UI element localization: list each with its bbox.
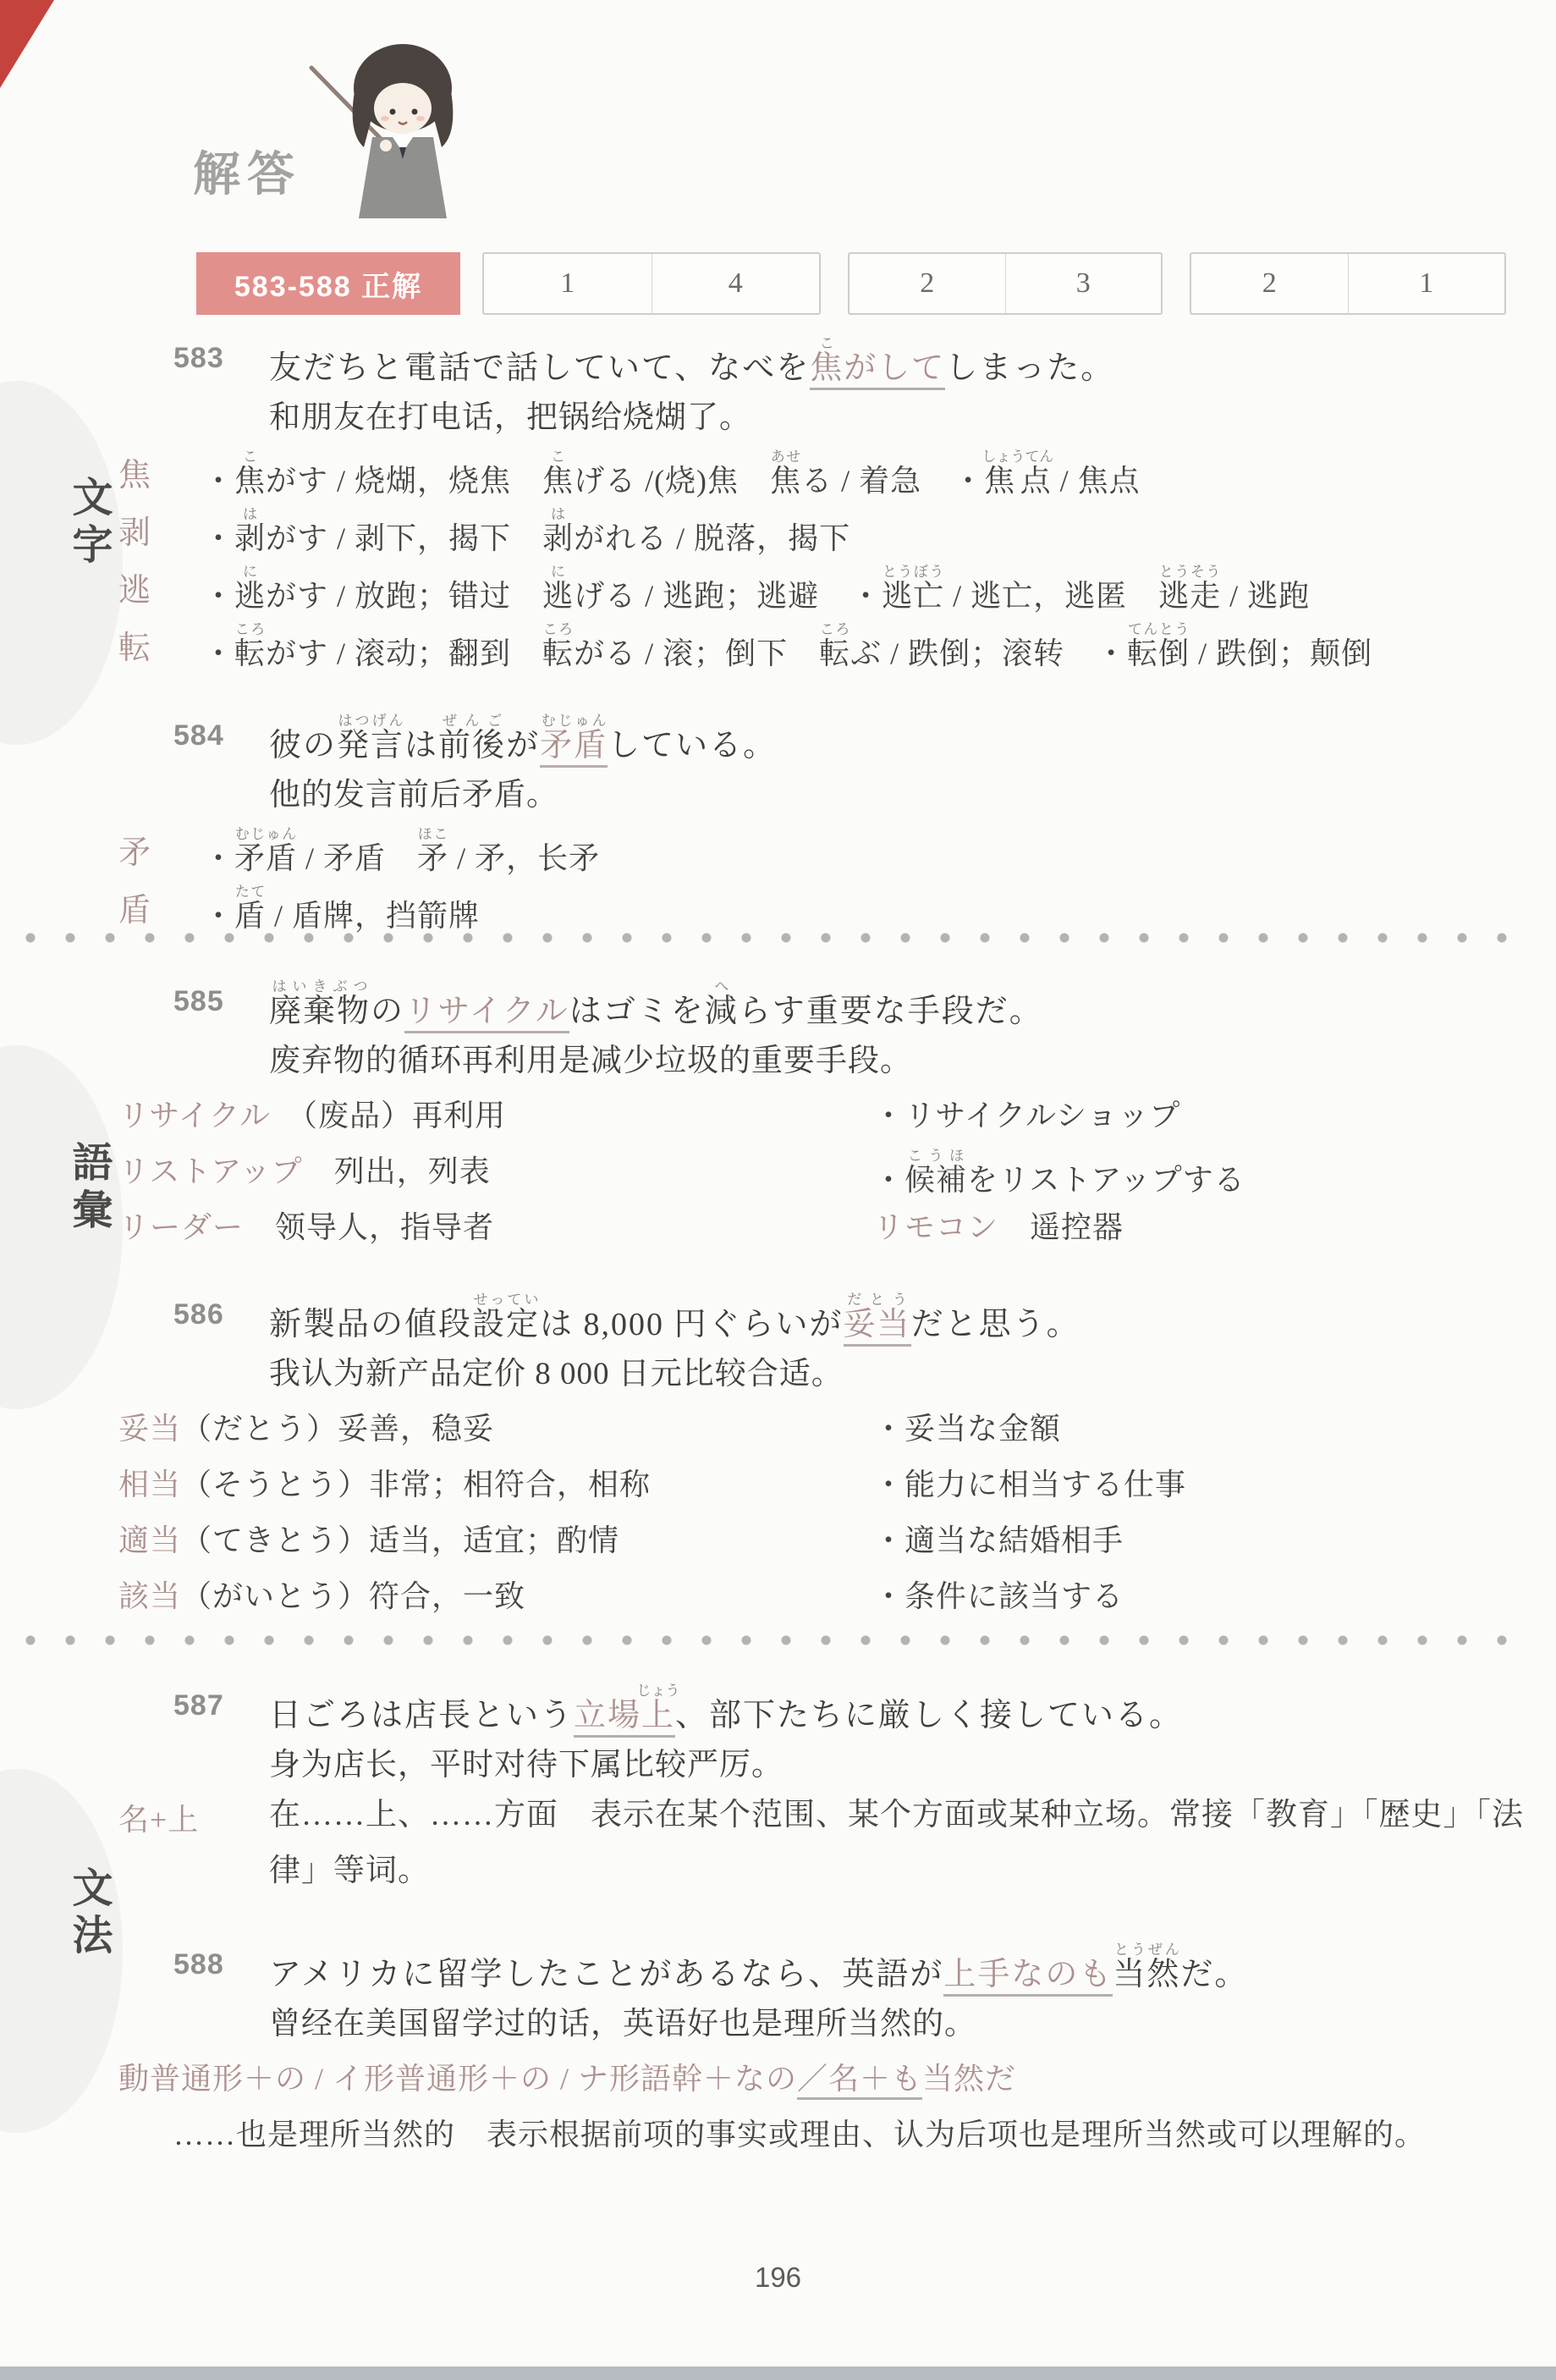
vocab-example: ・リサイクルショップ bbox=[873, 1092, 1180, 1135]
question-number: 583 bbox=[173, 342, 224, 375]
kanji-entry: ・剥はがす / 剥下，揭下 剥はがれる / 脱落，揭下 bbox=[203, 506, 850, 558]
chinese-translation: 我认为新产品定价 8 000 日元比较合适。 bbox=[269, 1347, 844, 1393]
page-corner-mark bbox=[0, 0, 54, 88]
answer-box-group: 1 4 bbox=[482, 252, 821, 315]
sidebar-tab-bunpo: 文法 bbox=[59, 1866, 118, 1961]
dotted-separator bbox=[25, 1635, 1531, 1645]
mascot-girl-illustration bbox=[298, 37, 509, 234]
vocab-item: リーダー 领导人，指导者 bbox=[118, 1204, 494, 1247]
sidebar-tab-goi: 語彙 bbox=[59, 1141, 118, 1236]
question-number: 584 bbox=[173, 719, 224, 752]
chinese-translation: 身为店长，平时对待下属比较严厉。 bbox=[269, 1738, 783, 1784]
vocab-example: ・適当な結婚相手 bbox=[873, 1517, 1124, 1560]
chinese-translation: 曾经在美国留学过的话，英语好也是理所当然的。 bbox=[269, 1997, 976, 2043]
chinese-translation: 废弃物的循环再利用是减少垃圾的重要手段。 bbox=[269, 1034, 912, 1080]
vocab-item: 相当（そうとう）非常；相符合，相称 bbox=[118, 1461, 651, 1504]
question-number: 588 bbox=[173, 1948, 224, 1981]
answer-cell: 2 bbox=[849, 254, 1005, 313]
answer-cell: 1 bbox=[1348, 254, 1505, 313]
answer-box-group: 2 1 bbox=[1190, 252, 1506, 315]
answer-box-group: 2 3 bbox=[848, 252, 1163, 315]
question-sentence: 彼の発言はつげんは前後ぜんごが矛盾むじゅんしている。 bbox=[269, 713, 777, 767]
kanji-head: 矛 bbox=[118, 826, 151, 873]
answer-cell: 3 bbox=[1005, 254, 1162, 313]
kanji-head: 転 bbox=[118, 621, 151, 668]
chinese-translation: 和朋友在打电话，把锅给烧煳了。 bbox=[269, 391, 751, 437]
kanji-head: 焦 bbox=[118, 449, 151, 495]
question-sentence: 日ごろは店長という立場上じょう、部下たちに厳しく接している。 bbox=[269, 1683, 1183, 1737]
vocab-item: 妥当（だとう）妥善，稳妥 bbox=[118, 1405, 494, 1448]
vocab-item: 該当（がいとう）符合，一致 bbox=[118, 1573, 525, 1616]
kanji-entry: ・矛盾むじゅん / 矛盾 矛ほこ / 矛，长矛 bbox=[203, 826, 600, 878]
answer-cell: 2 bbox=[1191, 254, 1348, 313]
answer-range-label: 583-588 正解 bbox=[196, 252, 460, 315]
vocab-item: リモコン 遥控器 bbox=[873, 1204, 1124, 1247]
question-sentence: 廃棄物はいきぶつのリサイクルはゴミを減へらす重要な手段だ。 bbox=[269, 978, 1043, 1033]
grammar-pattern: 動普通形＋の / イ形普通形＋の / ナ形語幹＋なの／名＋も当然だ bbox=[118, 2055, 1016, 2098]
textbook-answer-page: 文字 語彙 文法 解答 583-588 正解 1 4 2 3 bbox=[0, 0, 1556, 2380]
grammar-meaning: ……也是理所当然的 表示根据前项的事实或理由、认为后项也是理所当然或可以理解的。 bbox=[173, 2111, 1426, 2154]
question-number: 586 bbox=[173, 1298, 224, 1331]
answer-cell: 4 bbox=[652, 254, 820, 313]
kanji-head: 剥 bbox=[118, 506, 151, 553]
kanji-entry: ・逃にがす / 放跑；错过 逃にげる / 逃跑；逃避 ・逃亡とうぼう / 逃亡，… bbox=[203, 564, 1310, 615]
vocab-item: 適当（てきとう）适当，适宜；酌情 bbox=[118, 1517, 619, 1560]
vocab-example: ・妥当な金額 bbox=[873, 1405, 1061, 1448]
question-number: 585 bbox=[173, 985, 224, 1018]
question-sentence: 友だちと電話で話していて、なべを焦こがしてしまった。 bbox=[269, 335, 1114, 389]
grammar-head: 名+上 bbox=[118, 1796, 199, 1839]
kanji-head: 盾 bbox=[118, 884, 151, 930]
question-sentence: アメリカに留学したことがあるなら、英語が上手なのも当然とうぜんだ。 bbox=[269, 1942, 1248, 1996]
kanji-head: 逃 bbox=[118, 564, 151, 610]
vocab-example: ・条件に該当する bbox=[873, 1573, 1124, 1616]
question-sentence: 新製品の値段設定せっていは 8,000 円ぐらいが妥当だとうだと思う。 bbox=[269, 1292, 1080, 1346]
vocab-item: リサイクル （废品）再利用 bbox=[118, 1092, 506, 1135]
vocab-item: リストアップ 列出，列表 bbox=[118, 1148, 491, 1191]
vocab-example: ・候補こうほをリストアップする bbox=[873, 1148, 1245, 1199]
kanji-entry: ・焦こがす / 烧煳，烧焦 焦こげる /(烧)焦 焦あせる / 着急 ・焦点しょ… bbox=[203, 449, 1141, 500]
grammar-explanation: 在……上、……方面 表示在某个范围、某个方面或某种立场。常接「教育」「歴史」「法… bbox=[269, 1788, 1556, 1899]
question-number: 587 bbox=[173, 1689, 224, 1722]
page-bottom-edge bbox=[0, 2366, 1556, 2380]
answer-cell: 1 bbox=[484, 254, 652, 313]
dotted-separator bbox=[25, 933, 1531, 943]
sidebar-tab-moji: 文字 bbox=[59, 476, 118, 570]
answers-heading: 解答 bbox=[193, 137, 301, 205]
page-number: 196 bbox=[0, 2262, 1556, 2294]
vocab-example: ・能力に相当する仕事 bbox=[873, 1461, 1186, 1504]
kanji-entry: ・転ころがす / 滚动；翻到 転ころがる / 滚；倒下 転ころぶ / 跌倒；滚转… bbox=[203, 621, 1372, 673]
chinese-translation: 他的发言前后矛盾。 bbox=[269, 769, 558, 814]
kanji-entry: ・盾たて / 盾牌，挡箭牌 bbox=[203, 884, 480, 935]
